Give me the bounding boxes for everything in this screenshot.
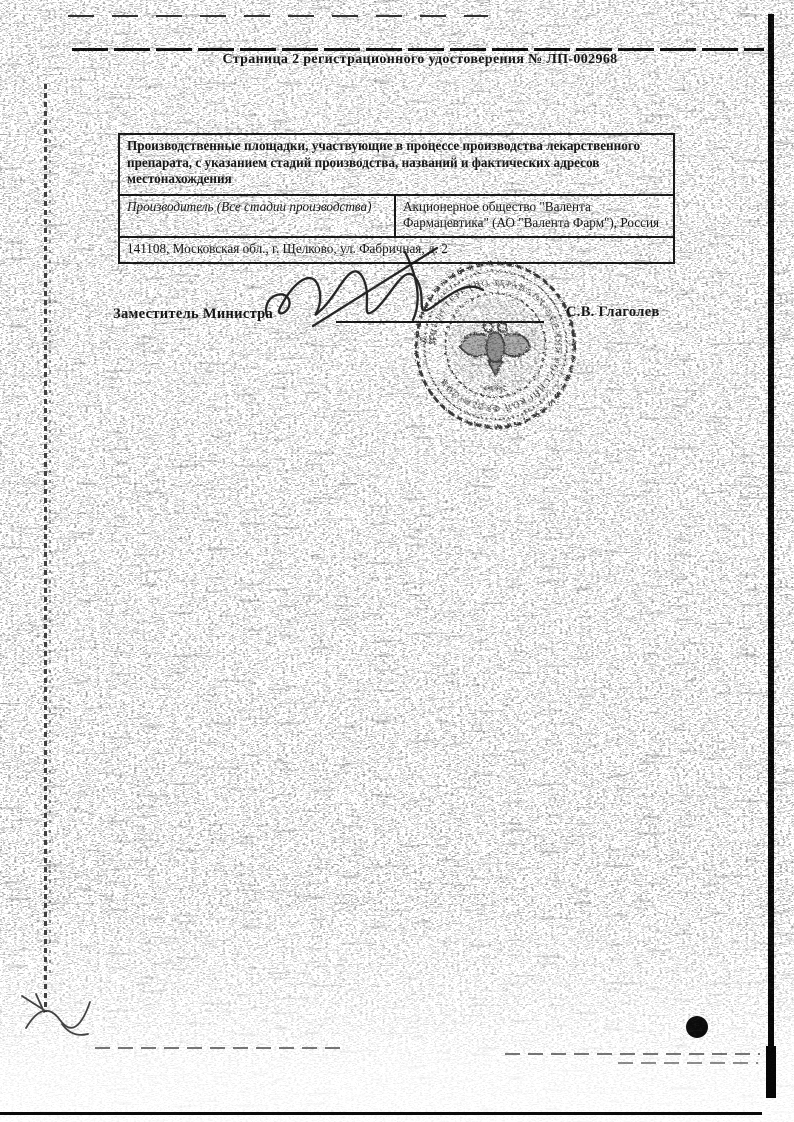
bottom-left-scribble [12, 966, 112, 1046]
scan-streak [505, 1053, 760, 1055]
right-scan-edge-bar [768, 14, 774, 1072]
producer-label-cell: Производитель (Все стадии производства) [120, 196, 396, 236]
left-frame-dotted-line [44, 84, 47, 1012]
scan-streak [618, 1062, 758, 1064]
black-ink-dot [686, 1016, 708, 1038]
header-rule-line [72, 48, 764, 51]
stamp-ogrn-fragment: ОГРН [483, 382, 505, 392]
scanned-registration-certificate-page: { "document": { "page_header": "Страница… [0, 0, 794, 1122]
official-stamp: МИНИСТЕРСТВО ЗДРАВООХРАНЕНИЯ РОССИЙСКОЙ … [395, 248, 595, 444]
bottom-scan-line [0, 1112, 762, 1115]
scan-streak [95, 1047, 345, 1049]
producer-value-cell: Акционерное общество "Валента Фармацевти… [396, 196, 673, 236]
scan-artifact-top-dashes [68, 15, 488, 17]
table-producer-row: Производитель (Все стадии производства) … [120, 196, 673, 238]
signer-position-title: Заместитель Министра [113, 306, 273, 323]
left-frame-dotted-line-secondary [49, 120, 51, 980]
page-header-text: Страница 2 регистрационного удостоверени… [70, 52, 770, 68]
stamp-left-fragment: М.Н [417, 333, 434, 343]
table-title: Производственные площадки, участвующие в… [120, 135, 673, 196]
right-scan-edge-bar-foot [766, 1046, 776, 1098]
